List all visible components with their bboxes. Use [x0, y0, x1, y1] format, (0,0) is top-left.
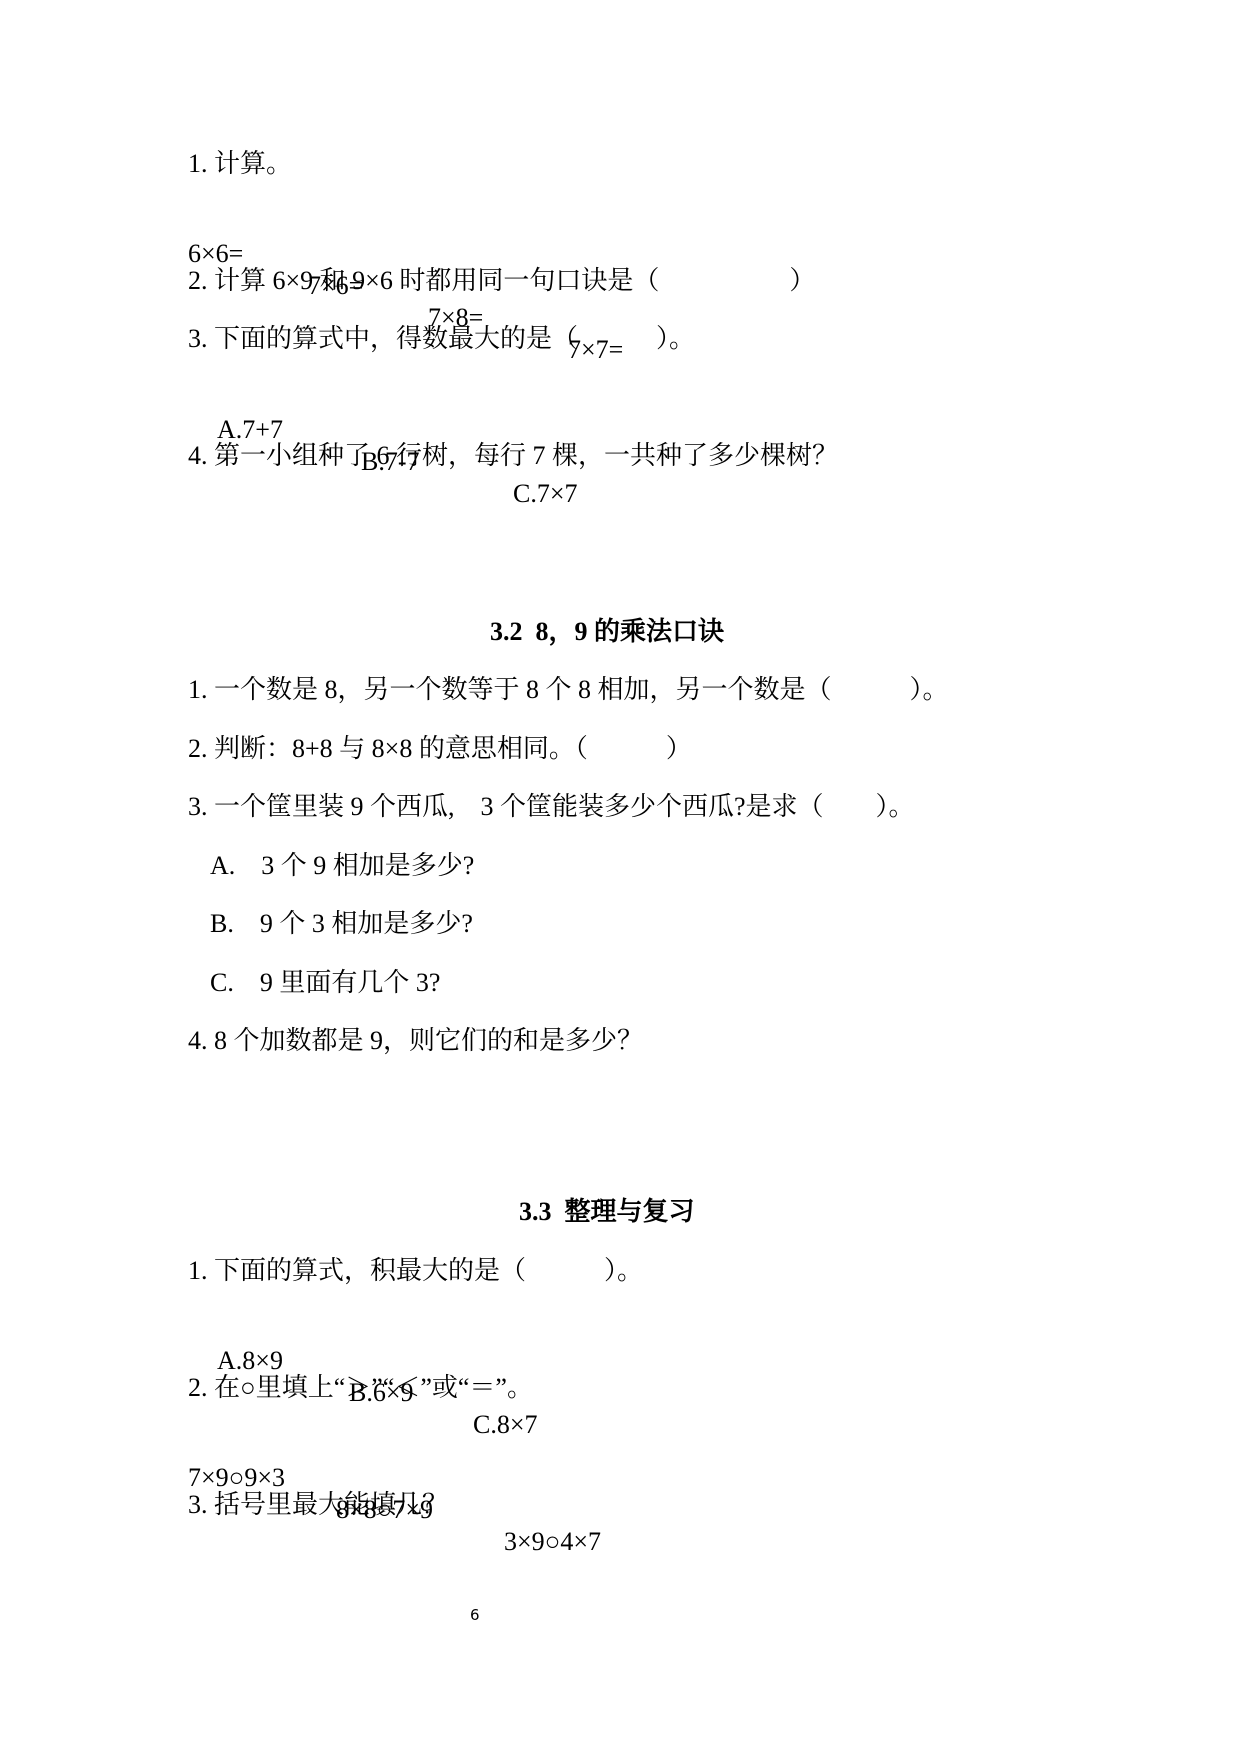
calculation-expressions: 6×6= 7×6= 7×8= 7×7=	[188, 206, 214, 398]
question-1-another-number: 1. 一个数是 8，另一个数等于 8 个 8 相加，另一个数是（ ）。	[188, 674, 949, 706]
option-c: C.8×7	[473, 1409, 538, 1441]
question-4-sum: 4. 8 个加数都是 9，则它们的和是多少？	[188, 1025, 643, 1057]
question-1-largest-product: 1. 下面的算式，积最大的是（ ）。	[188, 1255, 643, 1287]
section-heading-3-2: 3.2 8，9 的乘法口诀	[490, 616, 724, 648]
page-number: 6	[470, 1606, 480, 1624]
option-a: A. 3 个 9 相加是多少?	[210, 850, 474, 882]
option-c: C.7×7	[513, 478, 578, 510]
comparison-expression: 3×9○4×7	[504, 1526, 601, 1558]
question-3-watermelons: 3. 一个筐里装 9 个西瓜, 3 个筐能装多少个西瓜?是求（ ）。	[188, 791, 915, 823]
question-4-trees: 4. 第一小组种了 6 行树，每行 7 棵，一共种了多少棵树？	[188, 440, 838, 472]
option-b: B. 9 个 3 相加是多少?	[210, 908, 473, 940]
section-heading-3-3: 3.3 整理与复习	[519, 1196, 695, 1228]
question-2-multiplication-rhyme: 2. 计算 6×9 和 9×6 时都用同一句口诀是（ ）	[188, 265, 815, 297]
question-1-calculate: 1. 计算。	[188, 148, 292, 180]
question-3-max-fill: 3. 括号里最大能填几？	[188, 1489, 448, 1521]
question-2-judge: 2. 判断：8+8 与 8×8 的意思相同。（ ）	[188, 733, 692, 765]
option-c: C. 9 里面有几个 3?	[210, 967, 440, 999]
question-2-compare: 2. 在○里填上“＞”“＜”或“＝”。	[188, 1372, 533, 1404]
question-3-largest-result: 3. 下面的算式中，得数最大的是（ ）。	[188, 323, 695, 355]
